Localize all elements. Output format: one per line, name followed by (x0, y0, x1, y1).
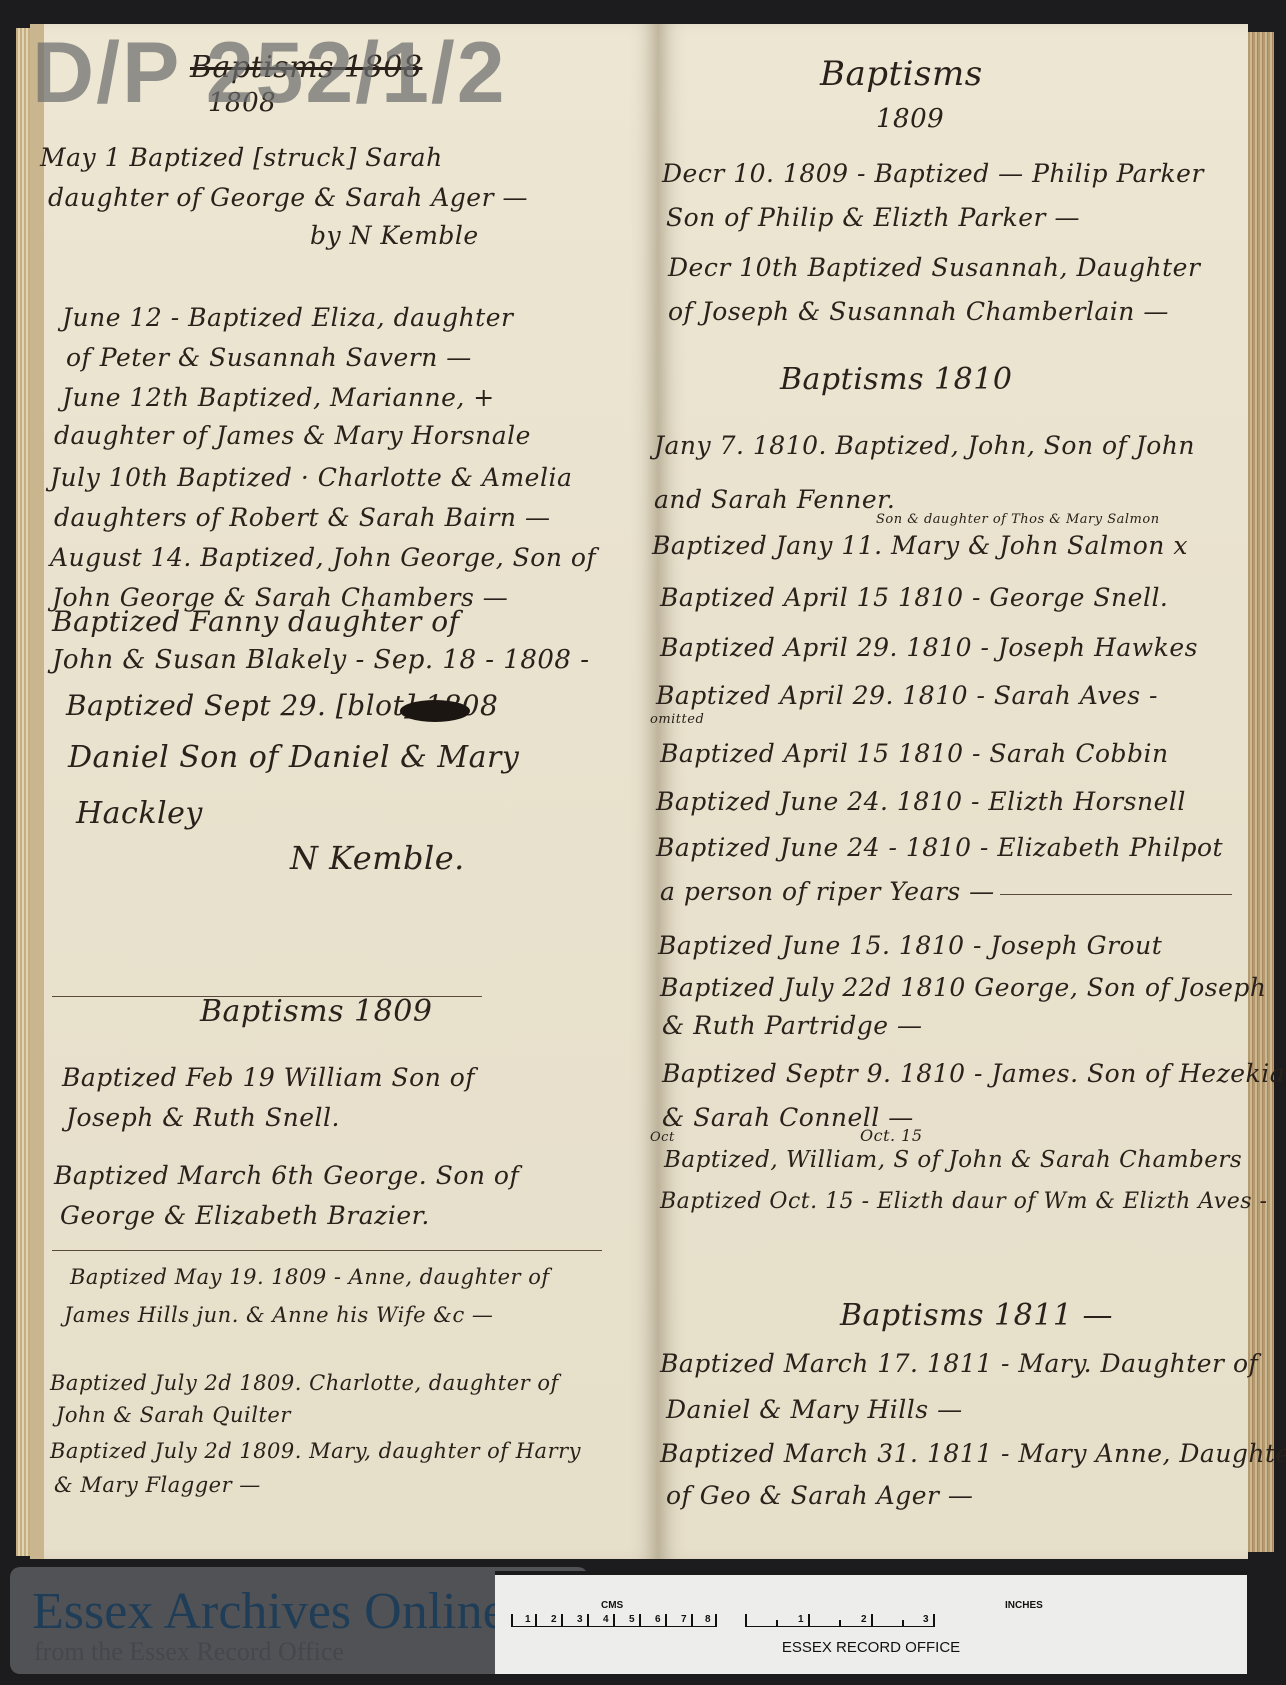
entry-line: Decr 10. 1809 - Baptized — Philip Parker (662, 156, 1204, 192)
entry-line: daughters of Robert & Sarah Bairn — (54, 500, 550, 536)
entry-line: of Peter & Susannah Savern — (66, 340, 472, 376)
section-heading-1810: Baptisms 1810 (780, 362, 1012, 397)
document-reference-watermark: D/P 252/1/2 (32, 24, 507, 123)
entry-line: June 12 - Baptized Eliza, daughter (62, 300, 513, 336)
ruler-inches-label: INCHES (1005, 1600, 1043, 1611)
right-page-edges (1248, 32, 1274, 1552)
entry-line: John & Sarah Quilter (56, 1400, 291, 1430)
entry-line: Baptized March 6th George. Son of (54, 1158, 519, 1194)
entry-line: Baptized July 2d 1809. Mary, daughter of… (50, 1436, 581, 1466)
entry-line: May 1 Baptized [struck] Sarah (40, 140, 443, 176)
entry-line: John & Susan Blakely - Sep. 18 - 1808 - (52, 642, 590, 678)
entry-line: daughter of George & Sarah Ager — (48, 180, 528, 216)
entry-line: Joseph & Ruth Snell. (66, 1100, 340, 1136)
entry-line: Baptized July 22d 1810 George, Son of Jo… (660, 970, 1267, 1006)
entry-line: Baptized Jany 11. Mary & John Salmon x (652, 528, 1188, 564)
entry-line: Daniel Son of Daniel & Mary (68, 740, 519, 776)
entry-line: August 14. Baptized, John George, Son of (50, 540, 596, 576)
entry-line: Baptized June 15. 1810 - Joseph Grout (658, 928, 1162, 964)
right-page-heading-year: 1809 (876, 104, 944, 134)
entry-line: Baptized Fanny daughter of (52, 604, 460, 640)
left-binding-edge (16, 28, 30, 1556)
measurement-ruler: CMS 1 2 3 4 5 6 7 8 INCHES 1 2 3 ESSEX R… (495, 1571, 1247, 1674)
entry-line: daughter of James & Mary Horsnale (54, 418, 531, 454)
entry-line: Baptized March 31. 1811 - Mary Anne, Dau… (660, 1436, 1286, 1472)
ruler-cms-label: CMS (601, 1600, 623, 1611)
entry-line: Baptized March 17. 1811 - Mary. Daughter… (660, 1346, 1258, 1382)
entry-line: June 12th Baptized, Marianne, + (62, 380, 495, 416)
entry-line: Baptized Septr 9. 1810 - James. Son of H… (662, 1056, 1286, 1092)
ruler-cms-scale: 1 2 3 4 5 6 7 8 (511, 1612, 717, 1627)
entry-line: Baptized April 29. 1810 - Joseph Hawkes (660, 630, 1198, 666)
entry-line: James Hills jun. & Anne his Wife &c — (64, 1300, 493, 1330)
archive-banner-subtitle: from the Essex Record Office (34, 1637, 344, 1667)
entry-rule (1000, 894, 1232, 895)
right-page-heading: Baptisms (820, 54, 983, 94)
ruler-caption: ESSEX RECORD OFFICE (495, 1639, 1247, 1656)
entry-line: July 10th Baptized · Charlotte & Amelia (50, 460, 572, 496)
entry-line: by N Kemble (310, 218, 479, 254)
entry-line: of Joseph & Susannah Chamberlain — (668, 294, 1169, 330)
section-heading-1809: Baptisms 1809 (200, 994, 432, 1029)
entry-line: Baptized May 19. 1809 - Anne, daughter o… (70, 1262, 550, 1292)
entry-line: & Ruth Partridge — (662, 1008, 923, 1044)
entry-line: Decr 10th Baptized Susannah, Daughter (668, 250, 1200, 286)
entry-line: Baptized Feb 19 William Son of (62, 1060, 475, 1096)
signature: N Kemble. (290, 840, 465, 876)
entry-line: Baptized Oct. 15 - Elizth daur of Wm & E… (660, 1184, 1267, 1220)
interlinear-note: Son & daughter of Thos & Mary Salmon (876, 512, 1160, 527)
margin-note: omitted (650, 712, 704, 727)
entry-line: Daniel & Mary Hills — (666, 1392, 963, 1428)
entry-line: George & Elizabeth Brazier. (60, 1198, 430, 1234)
ruler-inches-scale: 1 2 3 (745, 1612, 935, 1627)
entry-line: and Sarah Fenner. (654, 482, 895, 518)
entry-line: Baptized June 24 - 1810 - Elizabeth Phil… (656, 830, 1223, 866)
section-rule (52, 1250, 602, 1251)
entry-line: a person of riper Years — (660, 874, 995, 910)
entry-line: & Mary Flagger — (54, 1470, 261, 1500)
entry-line: Jany 7. 1810. Baptized, John, Son of Joh… (654, 428, 1195, 464)
entry-line: Baptized April 15 1810 - George Snell. (660, 580, 1168, 616)
entry-line: Hackley (76, 796, 203, 832)
section-heading-1811: Baptisms 1811 — (840, 1298, 1113, 1333)
entry-line: Baptized, William, S of John & Sarah Cha… (664, 1142, 1242, 1178)
entry-line: Son of Philip & Elizth Parker — (666, 200, 1080, 236)
entry-line: Baptized July 2d 1809. Charlotte, daught… (50, 1368, 559, 1398)
archive-banner-title: Essex Archives Online (32, 1582, 506, 1641)
entry-line: Baptized April 15 1810 - Sarah Cobbin (660, 736, 1169, 772)
ink-blot (400, 700, 470, 722)
entry-line: Baptized April 29. 1810 - Sarah Aves - (656, 678, 1158, 714)
entry-line: Baptized June 24. 1810 - Elizth Horsnell (656, 784, 1186, 820)
entry-line: of Geo & Sarah Ager — (666, 1478, 973, 1514)
